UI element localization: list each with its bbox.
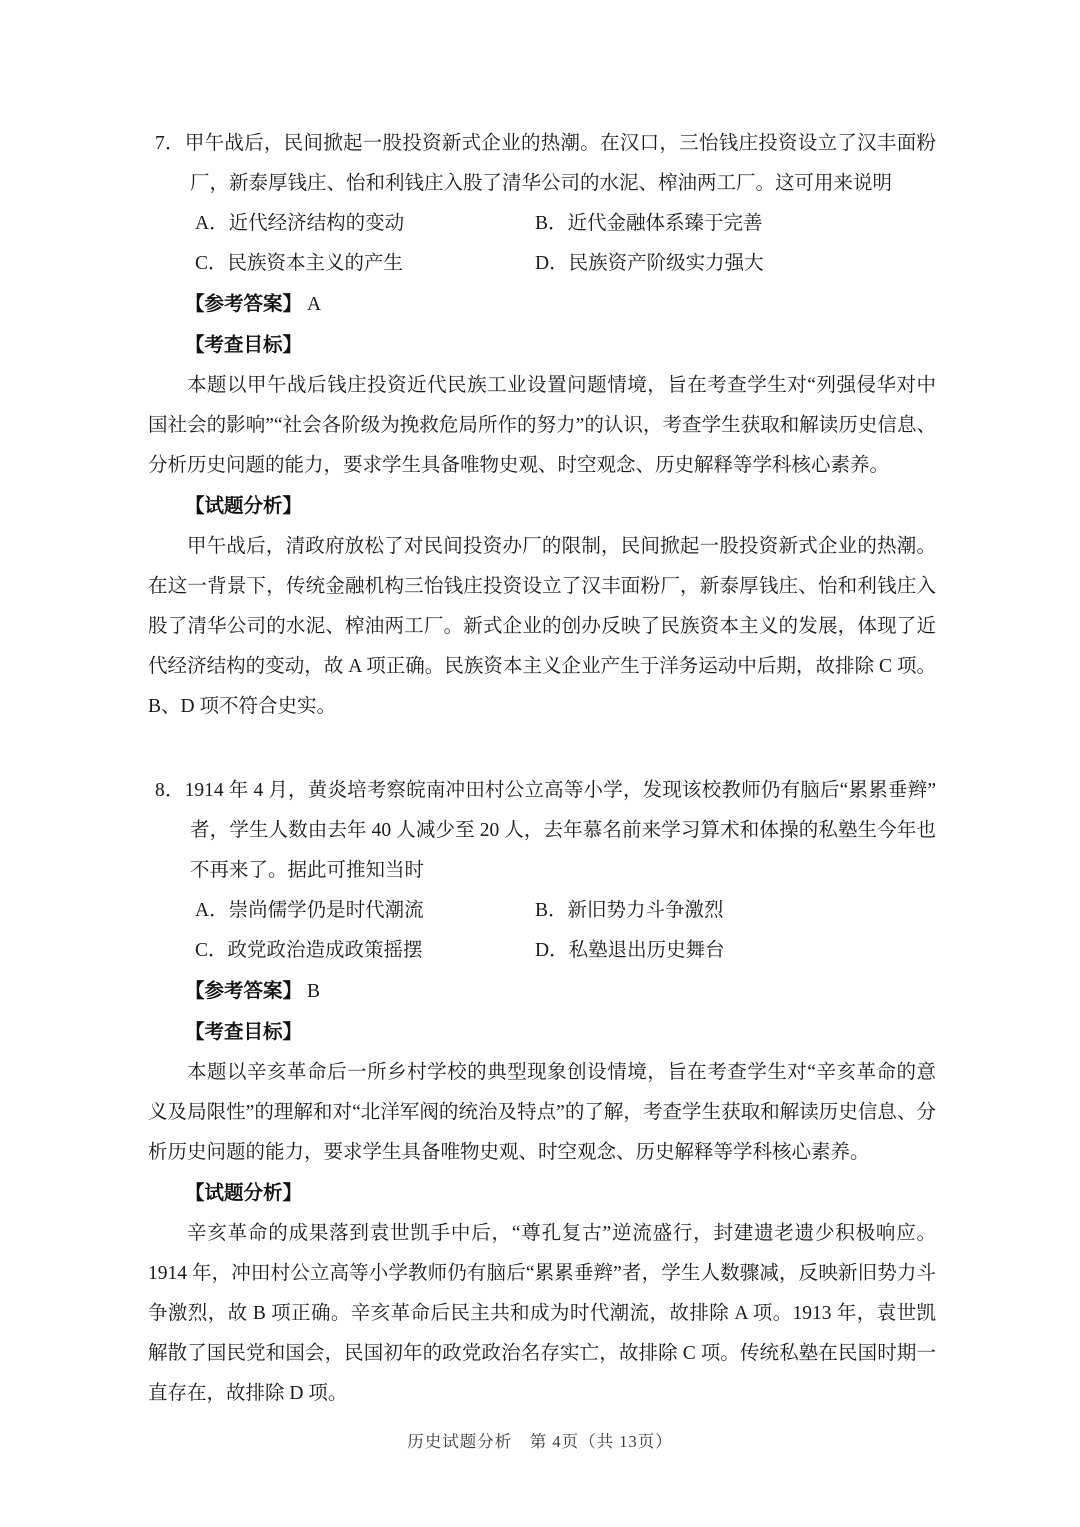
objective-header-label: 【考查目标】 xyxy=(185,1021,302,1043)
question-7-option-d: D．民族资产阶级实力强大 xyxy=(535,244,936,284)
question-8-objective-header: 【考查目标】 xyxy=(148,1012,936,1053)
question-7-options: A．近代经济结构的变动 B．近代金融体系臻于完善 C．民族资本主义的产生 D．民… xyxy=(148,204,936,284)
question-7-block: 7．甲午战后，民间掀起一股投资新式企业的热潮。在汉口，三怡钱庄投资设立了汉丰面粉… xyxy=(148,124,936,727)
question-8-option-d: D．私塾退出历史舞台 xyxy=(535,931,936,971)
question-8-option-c: C．政党政治造成政策摇摆 xyxy=(195,931,535,971)
question-7-text: 甲午战后，民间掀起一股投资新式企业的热潮。在汉口，三怡钱庄投资设立了汉丰面粉厂，… xyxy=(185,133,936,194)
question-8-analysis-paragraph: 辛亥革命的成果落到袁世凯手中后，“尊孔复古”逆流盛行，封建遗老遗少积极响应。19… xyxy=(148,1214,936,1414)
question-8-block: 8．1914 年 4 月，黄炎培考察皖南冲田村公立高等小学，发现该校教师仍有脑后… xyxy=(148,771,936,1414)
page-footer: 历史试题分析 第 4页（共 13页） xyxy=(0,1428,1080,1452)
question-7-number: 7． xyxy=(155,133,185,154)
question-7-analysis-paragraph: 甲午战后，清政府放松了对民间投资办厂的限制，民间掀起一股投资新式企业的热潮。在这… xyxy=(148,527,936,727)
objective-header-label: 【考查目标】 xyxy=(185,334,302,356)
question-8-options: A．崇尚儒学仍是时代潮流 B．新旧势力斗争激烈 C．政党政治造成政策摇摆 D．私… xyxy=(148,891,936,971)
question-7-analysis-header: 【试题分析】 xyxy=(148,486,936,527)
question-8-analysis-header: 【试题分析】 xyxy=(148,1173,936,1214)
question-8-stem: 8．1914 年 4 月，黄炎培考察皖南冲田村公立高等小学，发现该校教师仍有脑后… xyxy=(148,771,936,891)
question-8-text: 1914 年 4 月，黄炎培考察皖南冲田村公立高等小学，发现该校教师仍有脑后“累… xyxy=(185,780,936,881)
question-8-number: 8． xyxy=(155,780,185,801)
question-7-option-b: B．近代金融体系臻于完善 xyxy=(535,204,936,244)
question-7-option-c: C．民族资本主义的产生 xyxy=(195,244,535,284)
question-8-option-b: B．新旧势力斗争激烈 xyxy=(535,891,936,931)
page-content: 7．甲午战后，民间掀起一股投资新式企业的热潮。在汉口，三怡钱庄投资设立了汉丰面粉… xyxy=(148,124,936,1414)
question-7-stem: 7．甲午战后，民间掀起一股投资新式企业的热潮。在汉口，三怡钱庄投资设立了汉丰面粉… xyxy=(148,124,936,204)
document-page: 7．甲午战后，民间掀起一股投资新式企业的热潮。在汉口，三怡钱庄投资设立了汉丰面粉… xyxy=(0,0,1080,1527)
question-8-objective-paragraph: 本题以辛亥革命后一所乡村学校的典型现象创设情境，旨在考查学生对“辛亥革命的意义及… xyxy=(148,1053,936,1173)
question-7-objective-header: 【考查目标】 xyxy=(148,325,936,366)
analysis-header-label: 【试题分析】 xyxy=(185,495,302,517)
question-7-reference-answer-line: 【参考答案】A xyxy=(148,284,936,325)
reference-answer-label: 【参考答案】 xyxy=(185,293,302,315)
question-8-reference-answer-line: 【参考答案】B xyxy=(148,971,936,1012)
reference-answer-label: 【参考答案】 xyxy=(185,980,302,1002)
question-7-option-a: A．近代经济结构的变动 xyxy=(195,204,535,244)
question-8-option-a: A．崇尚儒学仍是时代潮流 xyxy=(195,891,535,931)
question-7-objective-paragraph: 本题以甲午战后钱庄投资近代民族工业设置问题情境，旨在考查学生对“列强侵华对中国社… xyxy=(148,366,936,486)
question-8-answer-value: B xyxy=(302,981,320,1002)
analysis-header-label: 【试题分析】 xyxy=(185,1182,302,1204)
question-7-answer-value: A xyxy=(302,294,321,315)
